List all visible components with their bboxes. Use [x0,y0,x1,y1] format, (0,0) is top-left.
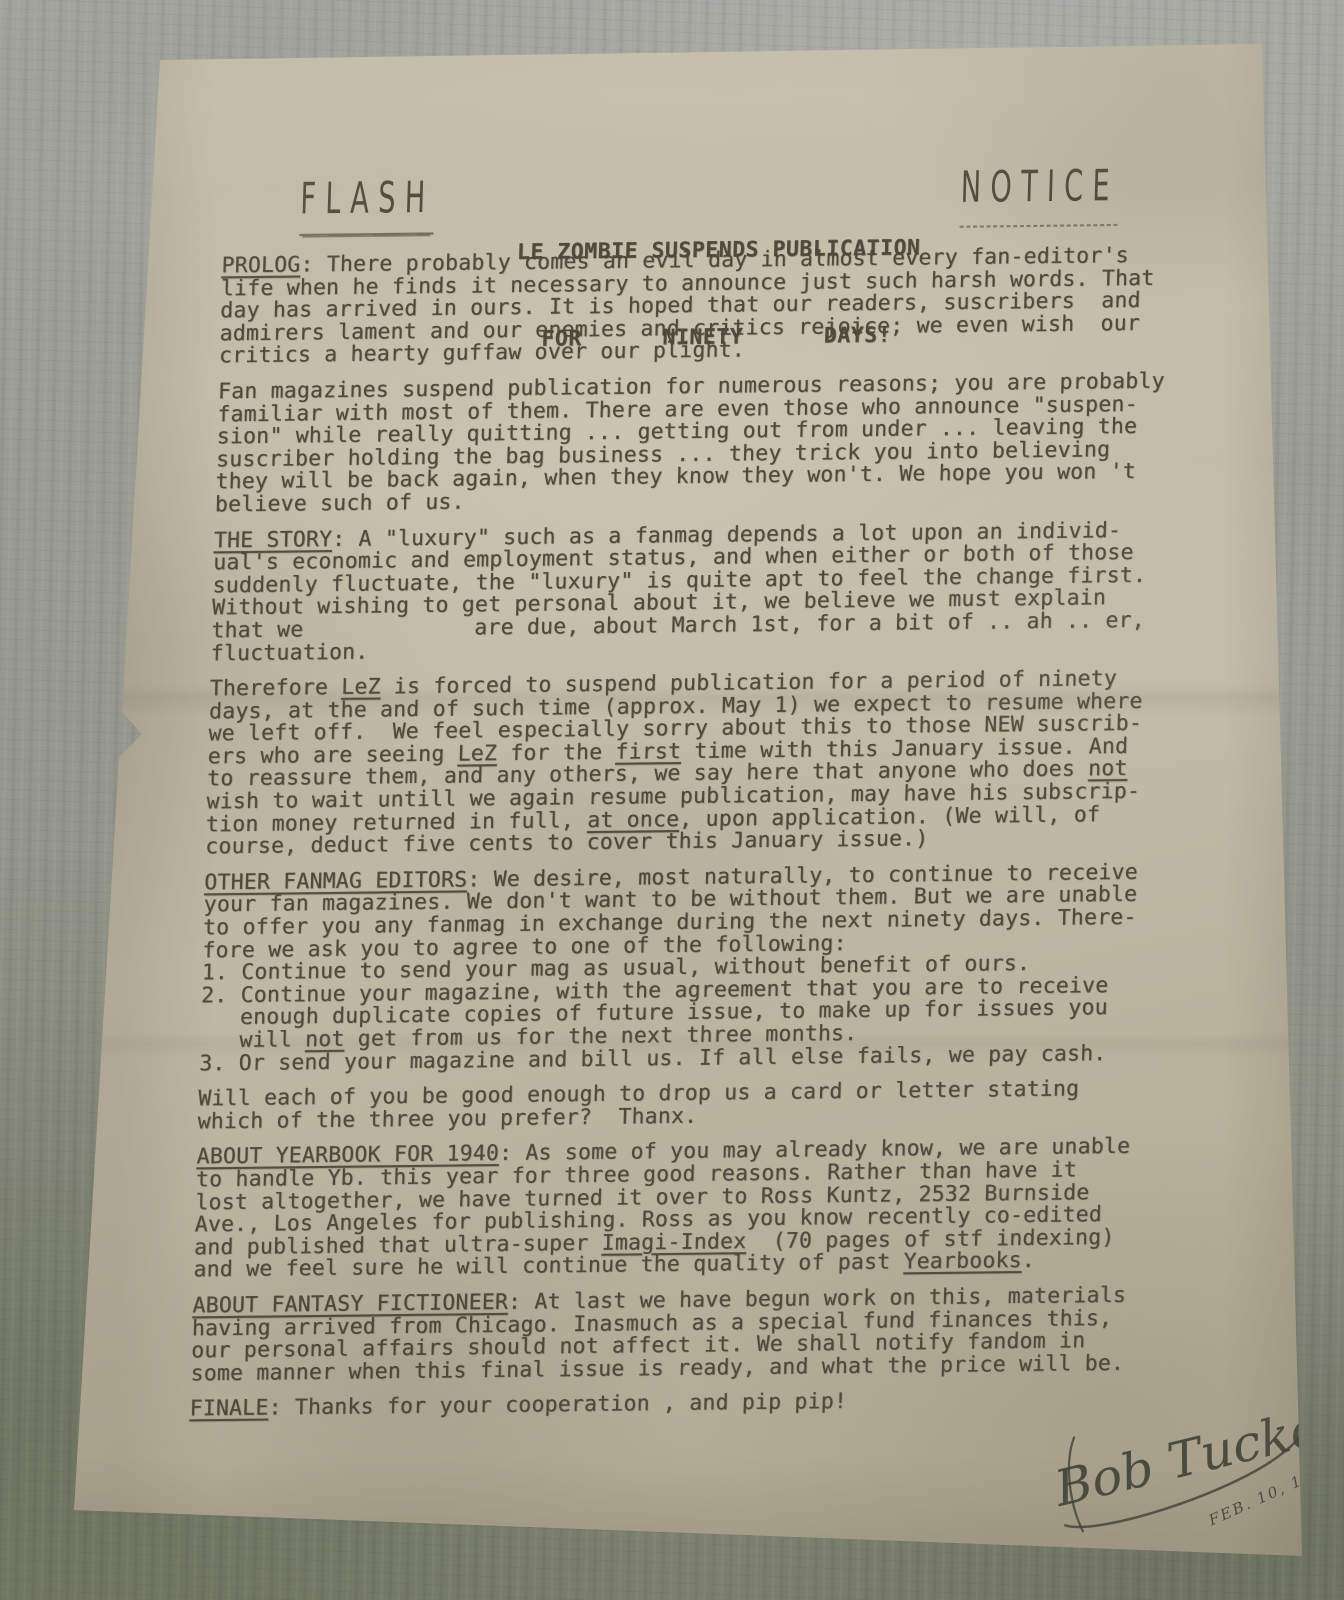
paragraph: OTHER FANMAG EDITORS: We desire, most na… [199,861,1217,1076]
paragraph: FINALE: Thanks for your cooperation , an… [189,1387,1202,1421]
typed-text: Fan magazines suspend publication for nu… [215,369,1166,518]
paragraph: ABOUT FANTASY FICTIONEER: At last we hav… [190,1284,1205,1386]
underlined-text: Yearbooks [903,1248,1022,1274]
typed-text: get from us for the next three months. 3… [199,1021,1107,1076]
typed-text: (70 pages of stf indexing) and we feel s… [193,1225,1115,1283]
title-line-1: LE ZOMBIE SUSPENDS PUBLICATION [517,233,921,267]
signature-name: Bob Tucker [1049,1392,1344,1518]
typed-text: : Thanks for your cooperation , and pip … [268,1389,847,1421]
typed-text: : As some of you may already know, we ar… [194,1134,1131,1260]
underlined-text: OTHER FANMAG EDITORS [204,867,468,895]
typed-text: is forced to suspend publication for a p… [208,666,1143,769]
underlined-text: LeZ [457,741,497,766]
underlined-text: not [305,1027,345,1052]
title-line-2: FOR NINETY DAYS! [514,320,918,354]
typed-text: Therefore [209,675,341,701]
typed-text: wish to wait untill we again resume publ… [206,756,1141,837]
typed-text: : A "luxury" such as a fanmag depends a … [210,518,1146,666]
typed-text: : We desire, most naturally, to continue… [200,860,1139,1054]
document-paper: FLASH LE ZOMBIE SUSPENDS PUBLICATION FOR… [0,0,1344,1600]
signature-date: FEB. 10, 1941 [1205,1457,1337,1530]
underlined-text: ABOUT YEARBOOK FOR 1940 [196,1141,499,1169]
underlined-text: first [615,739,681,765]
paragraph: Will each of you be good enough to drop … [197,1077,1211,1134]
signature-block: Bob Tucker FEB. 10, 1941 [1040,1374,1344,1568]
paragraph: ABOUT YEARBOOK FOR 1940: As some of you … [193,1135,1209,1282]
paragraph: Therefore LeZ is forced to suspend publi… [205,667,1222,859]
typed-text: . [1022,1248,1036,1273]
underlined-text: ABOUT FANTASY FICTIONEER [192,1290,508,1319]
flash-heading: FLASH [299,173,435,236]
typed-text: for the [497,740,616,766]
typed-text: time with this January issue. And to rea… [207,734,1129,792]
underlined-text: FINALE [189,1396,269,1422]
paragraph: Fan magazines suspend publication for nu… [215,370,1231,517]
underlined-text: PROLOG [221,253,301,279]
signature-stroke [1060,1438,1092,1533]
underlined-text: Imagi-Index [601,1229,746,1256]
underlined-text: not [1088,756,1128,781]
underlined-text: at once [587,807,680,833]
underlined-text: THE STORY [214,527,333,553]
paragraph: THE STORY: A "luxury" such as a fanmag d… [210,518,1226,665]
paragraph: PROLOG: There probably comes an evil day… [219,244,1234,368]
notice-heading: NOTICE [960,161,1120,228]
tabletop-background: FLASH LE ZOMBIE SUSPENDS PUBLICATION FOR… [0,0,1344,1600]
document-title: LE ZOMBIE SUSPENDS PUBLICATION FOR NINET… [512,175,922,412]
underlined-text: LeZ [341,675,381,700]
signature-flourish [1049,1381,1343,1534]
typed-text: : There probably comes an evil day in al… [219,243,1155,369]
typed-text: , upon application. (We will, of course,… [205,802,1100,860]
typed-text: Will each of you be good enough to drop … [197,1077,1079,1135]
document-paragraphs: PROLOG: There probably comes an evil day… [189,244,1234,1434]
typed-text: : At last we have begun work on this, ma… [190,1283,1126,1386]
document-content: FLASH LE ZOMBIE SUSPENDS PUBLICATION FOR… [0,0,1344,1600]
